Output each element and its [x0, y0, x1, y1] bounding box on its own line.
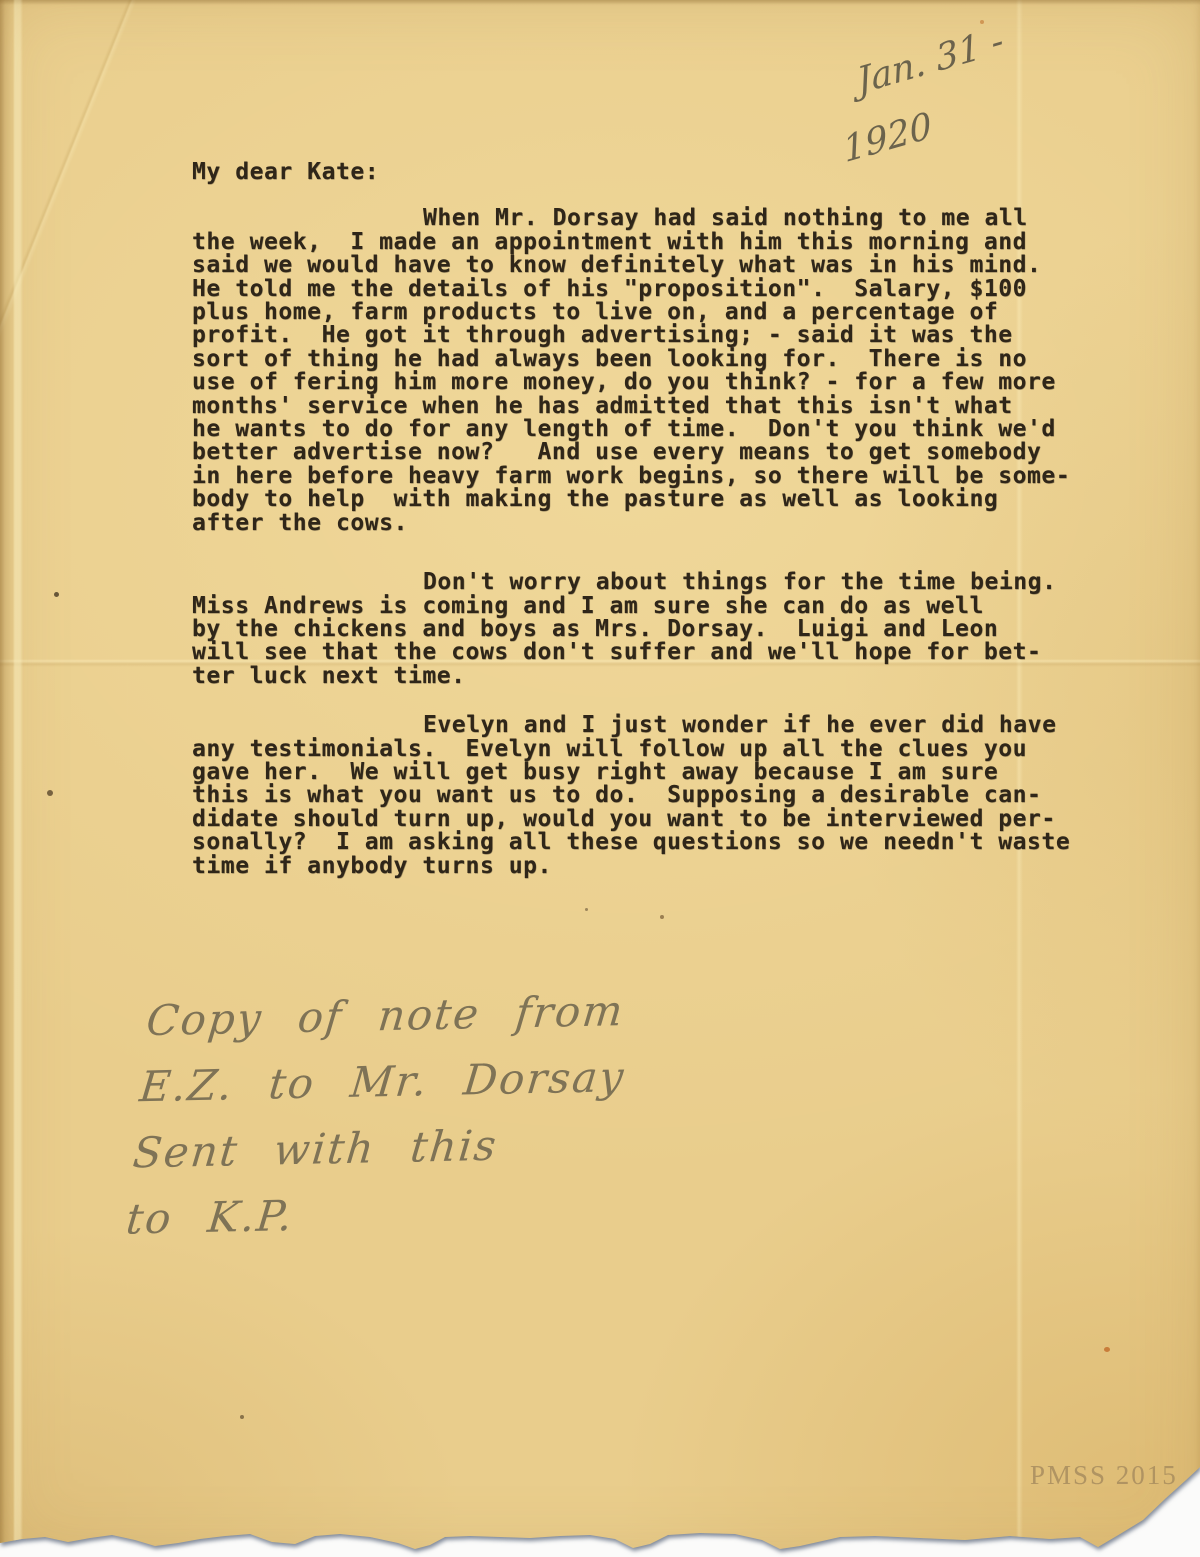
- salutation: My dear Kate:: [192, 161, 1052, 184]
- handwritten-date-day: Jan. 31 -: [855, 20, 1006, 103]
- pencil-annotation: Copy of note from E.Z. to Mr. Dorsay Sen…: [123, 978, 635, 1253]
- paper-speck: [240, 1415, 244, 1419]
- paper-speck: [54, 592, 59, 597]
- letter-paragraph-1: When Mr. Dorsay had said nothing to me a…: [192, 207, 1052, 535]
- scanned-letter-page: Jan. 31 - 1920 My dear Kate: When Mr. Do…: [0, 0, 1200, 1557]
- letter-paper: Jan. 31 - 1920 My dear Kate: When Mr. Do…: [0, 0, 1200, 1557]
- paper-speck: [660, 915, 664, 919]
- archive-watermark: PMSS 2015: [1030, 1460, 1178, 1491]
- letter-paragraph-2: Don't worry about things for the time be…: [192, 571, 1052, 688]
- paper-shadow-wrap: Jan. 31 - 1920 My dear Kate: When Mr. Do…: [0, 0, 1200, 1557]
- paper-speck: [1104, 1347, 1110, 1352]
- paper-speck: [585, 908, 588, 911]
- letter-body: My dear Kate: When Mr. Dorsay had said n…: [192, 161, 1052, 878]
- letter-paragraph-3: Evelyn and I just wonder if he ever did …: [192, 714, 1052, 878]
- paper-speck: [47, 790, 53, 796]
